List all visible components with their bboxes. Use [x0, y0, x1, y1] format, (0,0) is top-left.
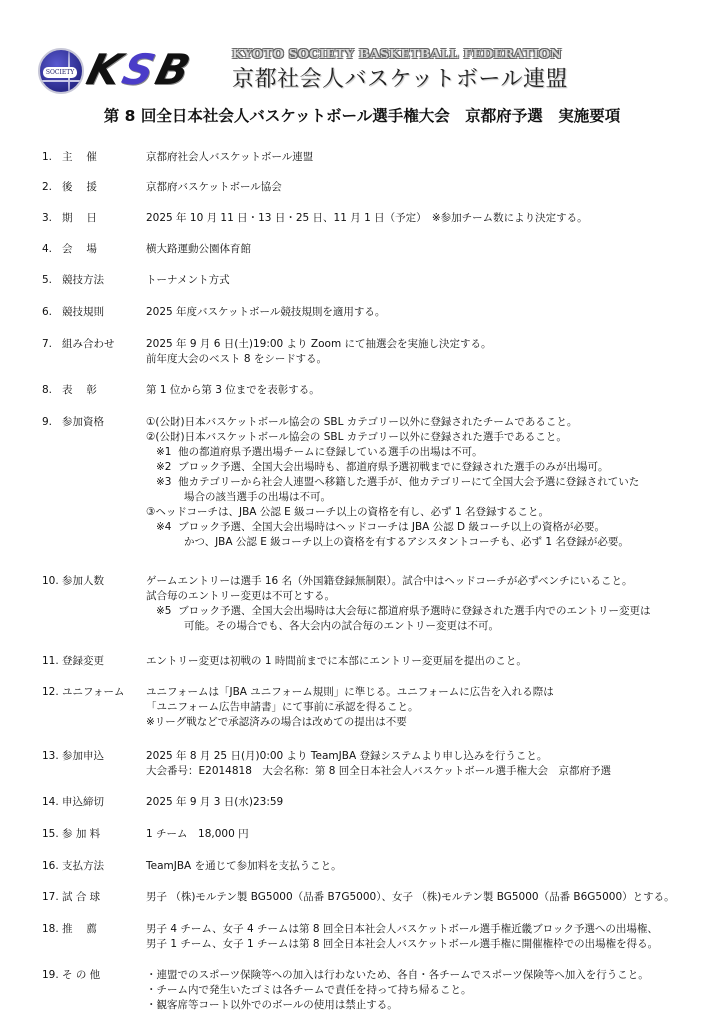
item-number: 6.: [42, 305, 62, 320]
item-text: ゲームエントリーは選手 16 名（外国籍登録無制限）。試合中はヘッドコーチが必ず…: [146, 574, 650, 589]
item-text: 男子 （株)モルテン製 BG5000（品番 B7G5000）、女子 （株)モルテ…: [146, 890, 675, 905]
item-text: 2025 年 9 月 3 日(水)23:59: [146, 795, 283, 810]
item-number: 12.: [42, 685, 62, 730]
item-number: 14.: [42, 795, 62, 810]
item-payment: 16. 支払方法 TeamJBA を通じて参加料を支払うこと。: [42, 859, 342, 874]
item-number: 10.: [42, 574, 62, 634]
item-text: 第 1 位から第 3 位までを表彰する。: [146, 383, 320, 398]
item-application: 13. 参加申込 2025 年 8 月 25 日(月)0:00 より TeamJ…: [42, 749, 611, 779]
org-name-japanese: 京都社会人バスケットボール連盟: [232, 62, 568, 93]
item-number: 4.: [42, 242, 62, 257]
item-fee: 15. 参 加 料 1 チーム 18,000 円: [42, 827, 249, 842]
item-label: 競技規則: [62, 305, 146, 320]
item-number: 19.: [42, 968, 62, 1013]
item-text: ユニフォームは「JBA ユニフォーム規則」に準じる。ユニフォームに広告を入れる際…: [146, 685, 554, 700]
item-label: 申込締切: [62, 795, 146, 810]
item-entries: 10. 参加人数 ゲームエントリーは選手 16 名（外国籍登録無制限）。試合中は…: [42, 574, 650, 634]
item-label: 期 日: [62, 211, 146, 226]
item-number: 3.: [42, 211, 62, 226]
item-text: ・チーム内で発生いたゴミは各チームで責任を持って持ち帰ること。: [146, 983, 649, 998]
item-label: ユニフォーム: [62, 685, 146, 730]
item-text: ②(公財)日本バスケットボール協会の SBL カテゴリー以外に登録された選手であ…: [146, 430, 639, 445]
item-label: 後 援: [62, 180, 146, 195]
item-text: ・連盟でのスポーツ保険等への加入は行わないため、各自・各チームでスポーツ保険等へ…: [146, 968, 649, 983]
item-text: 2025 年 10 月 11 日・13 日・25 日、11 月 1 日（予定） …: [146, 211, 588, 226]
item-text: 京都府社会人バスケットボール連盟: [146, 150, 313, 165]
item-text: 横大路運動公園体育館: [146, 242, 251, 257]
item-text: ③ヘッドコーチは、JBA 公認 E 級コーチ以上の資格を有し、必ず 1 名登録す…: [146, 505, 639, 520]
ksb-logo: KSB: [82, 46, 198, 94]
item-text: ①(公財)日本バスケットボール協会の SBL カテゴリー以外に登録されたチームで…: [146, 415, 639, 430]
item-number: 5.: [42, 273, 62, 288]
item-text: 男子 1 チーム、女子 1 チームは第 8 回全日本社会人バスケットボール選手権…: [146, 937, 658, 952]
org-name-english: KYOTO SOCIETY BASKETBALL FEDERATION: [232, 46, 562, 61]
item-rules: 6. 競技規則 2025 年度バスケットボール競技規則を適用する。: [42, 305, 385, 320]
item-label: 会 場: [62, 242, 146, 257]
item-note: ※5 ブロック予選、全国大会出場時は大会毎に都道府県予選時に登録された選手内での…: [146, 604, 650, 619]
item-text: 2025 年 8 月 25 日(月)0:00 より TeamJBA 登録システム…: [146, 749, 611, 764]
item-text: エントリー変更は初戦の 1 時間前までに本部にエントリー変更届を提出のこと。: [146, 654, 527, 669]
basketball-logo-icon: SOCIETY: [38, 48, 84, 94]
item-text: 前年度大会のベスト 8 をシードする。: [146, 352, 492, 367]
item-recommendation: 18. 推 薦 男子 4 チーム、女子 4 チームは第 8 回全日本社会人バスケ…: [42, 922, 658, 952]
item-label: 参加人数: [62, 574, 146, 634]
item-number: 9.: [42, 415, 62, 550]
item-label: 主 催: [62, 150, 146, 165]
item-label: 試 合 球: [62, 890, 146, 905]
item-dates: 3. 期 日 2025 年 10 月 11 日・13 日・25 日、11 月 1…: [42, 211, 588, 226]
item-number: 11.: [42, 654, 62, 669]
item-game-ball: 17. 試 合 球 男子 （株)モルテン製 BG5000（品番 B7G5000）…: [42, 890, 675, 905]
item-text: TeamJBA を通じて参加料を支払うこと。: [146, 859, 342, 874]
item-registration-change: 11. 登録変更 エントリー変更は初戦の 1 時間前までに本部にエントリー変更届…: [42, 654, 527, 669]
item-label: そ の 他: [62, 968, 146, 1013]
item-text: 京都府バスケットボール協会: [146, 180, 282, 195]
item-uniform: 12. ユニフォーム ユニフォームは「JBA ユニフォーム規則」に準じる。ユニフ…: [42, 685, 554, 730]
item-label: 参 加 料: [62, 827, 146, 842]
item-other: 19. そ の 他 ・連盟でのスポーツ保険等への加入は行わないため、各自・各チー…: [42, 968, 649, 1013]
item-text: 試合毎のエントリー変更は不可とする。: [146, 589, 650, 604]
item-venue: 4. 会 場 横大路運動公園体育館: [42, 242, 251, 257]
item-label: 支払方法: [62, 859, 146, 874]
item-number: 18.: [42, 922, 62, 952]
item-text: 男子 4 チーム、女子 4 チームは第 8 回全日本社会人バスケットボール選手権…: [146, 922, 658, 937]
ball-logo-label: SOCIETY: [43, 67, 77, 78]
item-label: 競技方法: [62, 273, 146, 288]
item-label: 参加資格: [62, 415, 146, 550]
item-text: 大会番号：E2014818 大会名称：第 8 回全日本社会人バスケットボール選手…: [146, 764, 611, 779]
item-number: 17.: [42, 890, 62, 905]
item-text: ・観客席等コート以外でのボールの使用は禁止する。: [146, 998, 649, 1013]
item-note: かつ、JBA 公認 E 級コーチ以上の資格を有するアシスタントコーチも、必ず 1…: [146, 535, 639, 550]
item-label: 登録変更: [62, 654, 146, 669]
item-number: 2.: [42, 180, 62, 195]
item-organizer: 1. 主 催 京都府社会人バスケットボール連盟: [42, 150, 313, 165]
item-text: 「ユニフォーム広告申請書」にて事前に承認を得ること。: [146, 700, 554, 715]
item-label: 推 薦: [62, 922, 146, 952]
item-awards: 8. 表 彰 第 1 位から第 3 位までを表彰する。: [42, 383, 320, 398]
item-note: ※1 他の都道府県予選出場チームに登録している選手の出場は不可。: [146, 445, 639, 460]
item-eligibility: 9. 参加資格 ①(公財)日本バスケットボール協会の SBL カテゴリー以外に登…: [42, 415, 639, 550]
item-label: 表 彰: [62, 383, 146, 398]
item-number: 15.: [42, 827, 62, 842]
item-label: 参加申込: [62, 749, 146, 779]
item-text: 2025 年度バスケットボール競技規則を適用する。: [146, 305, 385, 320]
item-text: トーナメント方式: [146, 273, 230, 288]
item-note: 可能。その場合でも、各大会内の試合毎のエントリー変更は不可。: [146, 619, 650, 634]
item-number: 13.: [42, 749, 62, 779]
item-text: 1 チーム 18,000 円: [146, 827, 249, 842]
page-title: 第 8 回全日本社会人バスケットボール選手権大会 京都府予選 実施要項: [0, 104, 724, 126]
item-note: ※3 他カテゴリーから社会人連盟へ移籍した選手が、他カテゴリーにて全国大会予選に…: [146, 475, 639, 490]
item-note: ※2 ブロック予選、全国大会出場時も、都道府県予選初戦までに登録された選手のみが…: [146, 460, 639, 475]
item-label: 組み合わせ: [62, 337, 146, 367]
item-deadline: 14. 申込締切 2025 年 9 月 3 日(水)23:59: [42, 795, 283, 810]
item-text: ※リーグ戦などで承認済みの場合は改めての提出は不要: [146, 715, 554, 730]
item-note: 場合の該当選手の出場は不可。: [146, 490, 639, 505]
item-sponsor: 2. 後 援 京都府バスケットボール協会: [42, 180, 282, 195]
item-number: 16.: [42, 859, 62, 874]
federation-header: SOCIETY KSB KYOTO SOCIETY BASKETBALL FED…: [38, 44, 538, 94]
item-format: 5. 競技方法 トーナメント方式: [42, 273, 230, 288]
item-text: 2025 年 9 月 6 日(土)19:00 より Zoom にて抽選会を実施し…: [146, 337, 492, 352]
item-number: 8.: [42, 383, 62, 398]
item-number: 1.: [42, 150, 62, 165]
item-number: 7.: [42, 337, 62, 367]
item-note: ※4 ブロック予選、全国大会出場時はヘッドコーチは JBA 公認 D 級コーチ以…: [146, 520, 639, 535]
item-draw: 7. 組み合わせ 2025 年 9 月 6 日(土)19:00 より Zoom …: [42, 337, 492, 367]
